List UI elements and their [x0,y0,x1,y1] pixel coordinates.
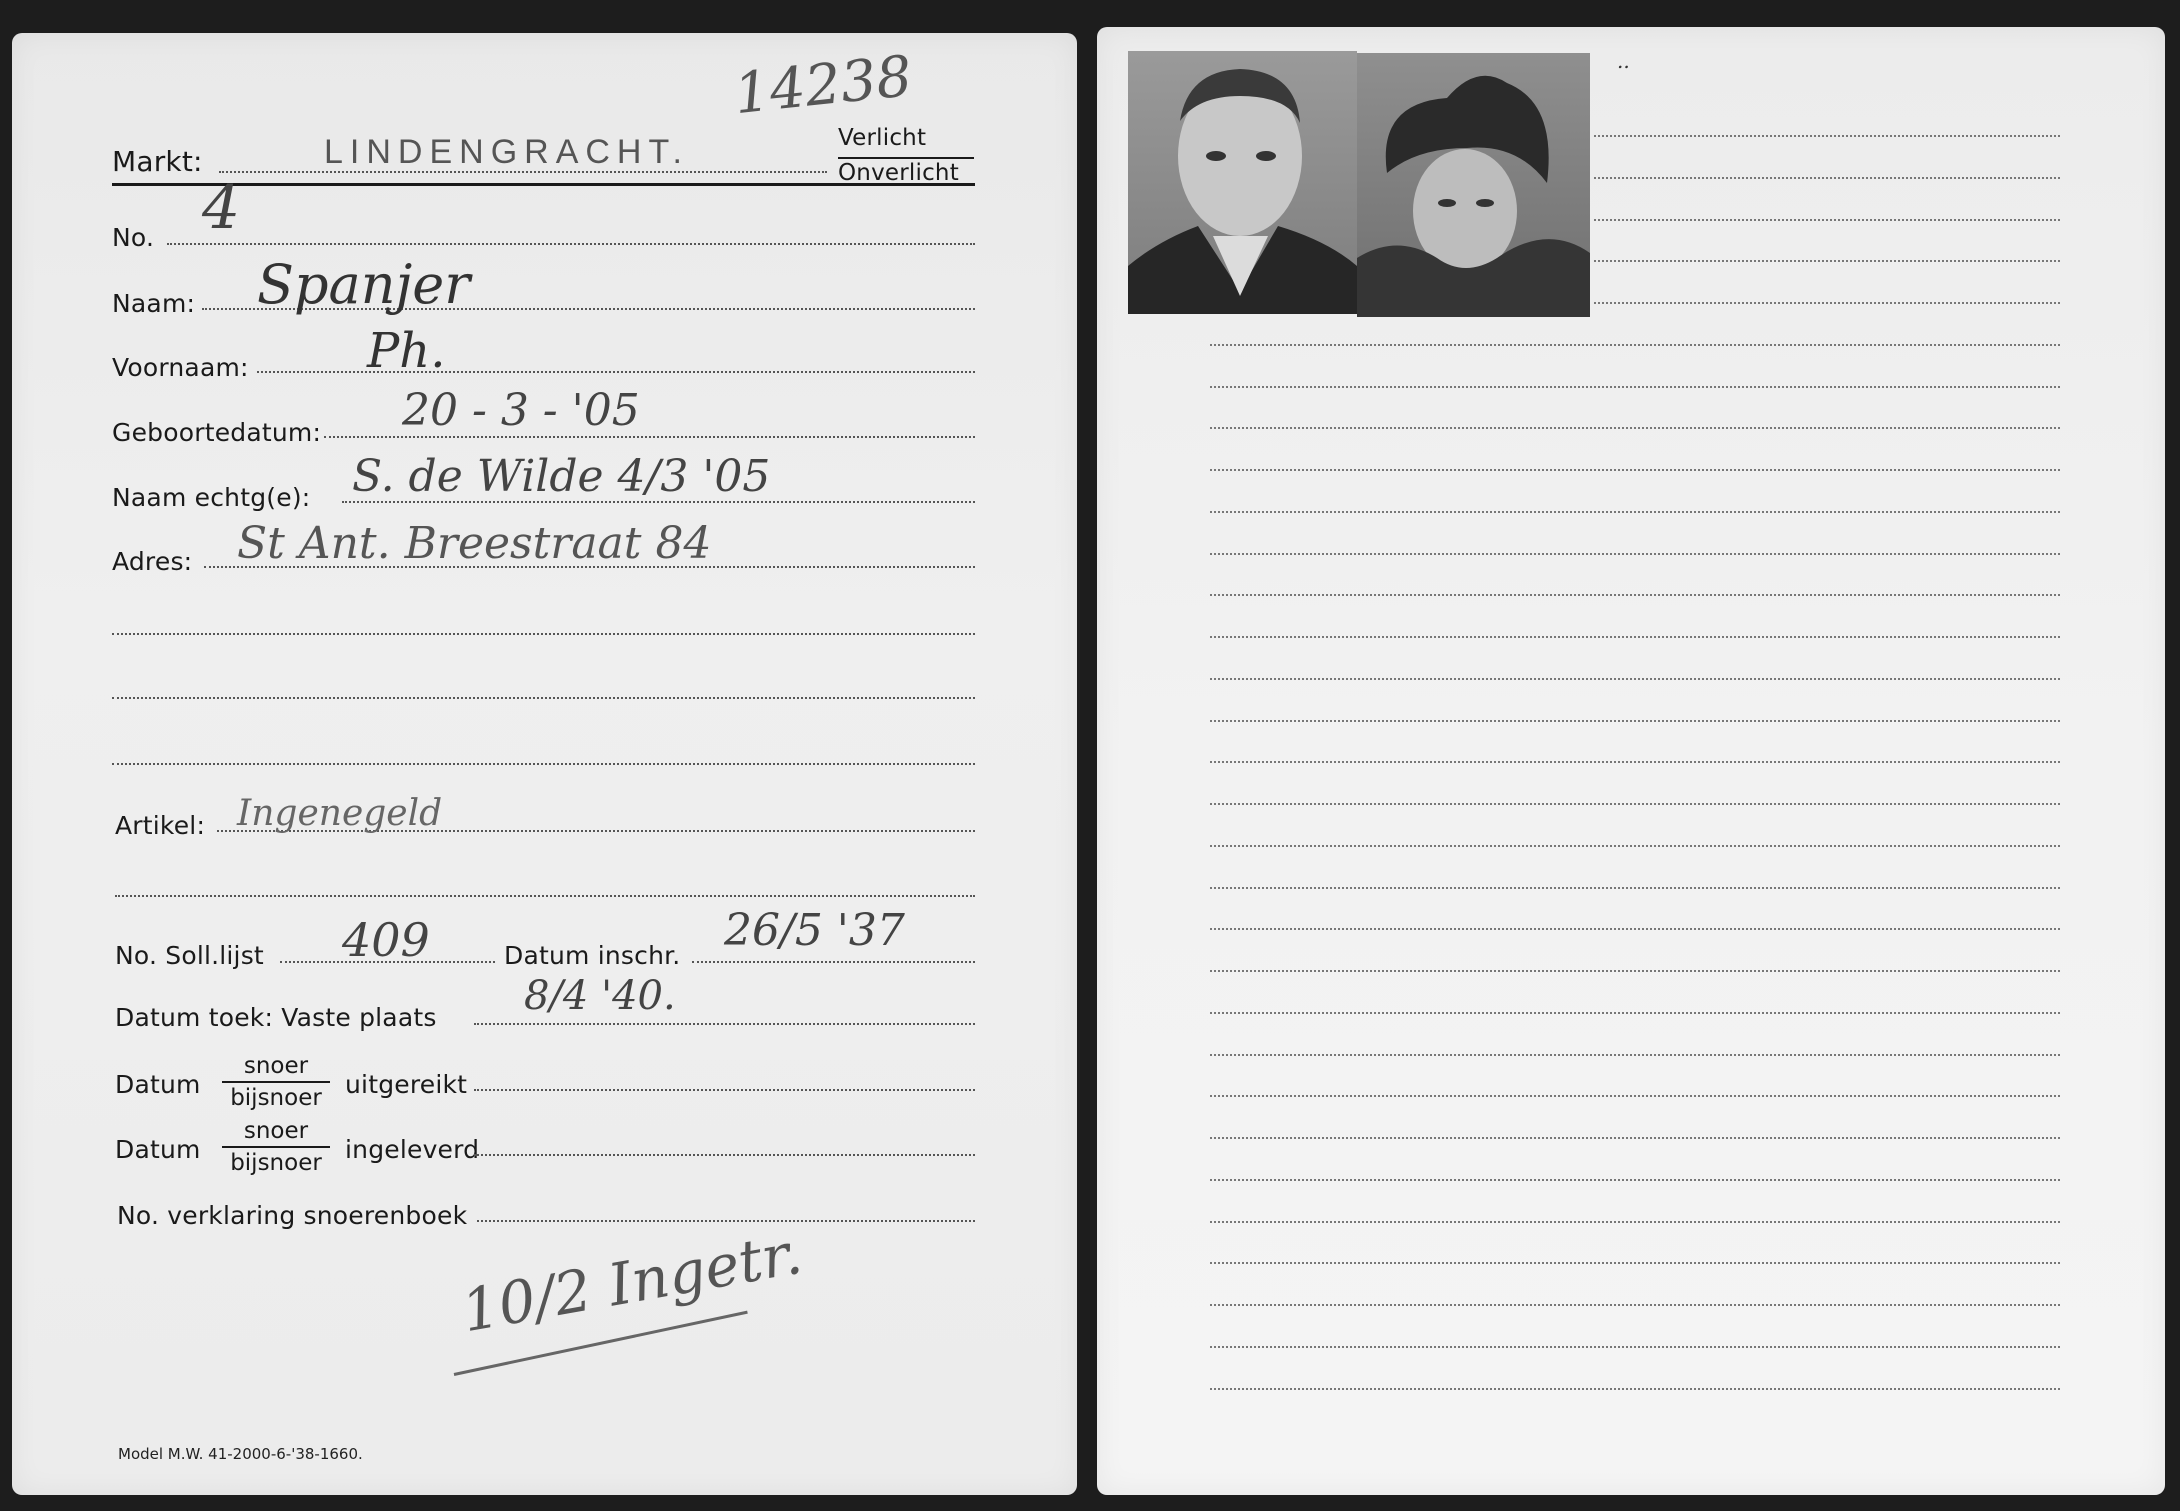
naam-value: Spanjer [257,253,470,316]
man-portrait-icon [1128,51,1357,314]
ruled-line [1594,302,2060,304]
snoer-ingeleverd-line [474,1154,975,1156]
geboortedatum-value: 20 - 3 - '05 [402,385,640,436]
bijsnoer-label: bijsnoer [222,1083,330,1113]
no-line [167,243,975,245]
datum-toek-value: 8/4 '40. [524,973,676,1019]
datum-toek-label: Datum toek: Vaste plaats [115,1003,437,1032]
no-soll-lijst-value: 409 [342,913,430,967]
ruled-line [1210,553,2060,555]
ruled-line [1210,1095,2060,1097]
registration-card-back: .. [1097,27,2165,1495]
verlicht-option: Verlicht [838,125,926,151]
ruled-line [1210,678,2060,680]
naam-echtgenote-label: Naam echtg(e): [112,483,310,512]
lighting-divider [838,157,974,159]
datum-toek-line [474,1023,975,1025]
markt-value: LINDENGRACHT. [324,133,689,172]
snoer-label: snoer [222,1116,330,1148]
markt-label: Markt: [112,145,203,178]
voornaam-value: Ph. [367,323,445,379]
verklaring-line [477,1220,975,1222]
ruled-line [1210,344,2060,346]
ruled-line [1210,594,2060,596]
adres-label: Adres: [112,547,192,576]
voornaam-line [257,371,975,373]
snoer-ingeleverd-fraction: snoer bijsnoer [222,1116,330,1178]
ruled-line [1210,386,2060,388]
man-portrait-photo [1128,51,1357,314]
snoer-ingeleverd-prefix: Datum [115,1135,201,1164]
woman-portrait-photo [1357,53,1590,317]
adres-value: St Ant. Breestraat 84 [237,518,711,569]
bijsnoer-label: bijsnoer [222,1148,330,1178]
no-soll-lijst-label: No. Soll.lijst [115,941,264,970]
ruled-line [1210,511,2060,513]
registration-card-front: 14238 Markt: LINDENGRACHT. Verlicht Onve… [12,33,1077,1495]
ruled-line [1210,720,2060,722]
ruled-line [1210,1137,2060,1139]
datum-inschr-value: 26/5 '37 [724,905,905,956]
handwritten-annotation: 10/2 Ingetr. [457,1219,807,1346]
adres-line-2 [112,633,975,635]
geboortedatum-label: Geboortedatum: [112,418,321,447]
snoer-uitgereikt-suffix: uitgereikt [345,1070,467,1099]
verklaring-label: No. verklaring snoerenboek [117,1201,467,1230]
ruled-line [1210,1179,2060,1181]
header-rule [112,183,975,186]
woman-portrait-icon [1357,53,1590,317]
datum-inschr-label: Datum inschr. [504,941,680,970]
snoer-uitgereikt-line [474,1089,975,1091]
top-mark: .. [1617,49,1630,73]
ruled-line [1210,1304,2060,1306]
ruled-line [1210,1221,2060,1223]
adres-line-3 [112,697,975,699]
artikel-value: Ingenegeld [237,793,442,834]
ruled-line [1594,260,2060,262]
ruled-line [1210,1388,2060,1390]
naam-echtgenote-value: S. de Wilde 4/3 '05 [352,451,770,502]
adres-line-4 [112,763,975,765]
ruled-line [1210,1054,2060,1056]
ruled-line [1594,177,2060,179]
ruled-line [1210,887,2060,889]
ruled-line [1594,135,2060,137]
geboortedatum-line [324,436,975,438]
no-label: No. [112,223,154,252]
model-footer: Model M.W. 41-2000-6-'38-1660. [118,1445,363,1463]
card-number: 14238 [731,44,915,127]
ruled-line [1210,469,2060,471]
ruled-line [1210,1262,2060,1264]
ruled-line [1210,970,2060,972]
ruled-line [1210,803,2060,805]
ruled-line [1210,928,2060,930]
ruled-line [1210,845,2060,847]
datum-inschr-line [692,961,975,963]
ruled-line [1210,427,2060,429]
snoer-uitgereikt-prefix: Datum [115,1070,201,1099]
artikel-label: Artikel: [115,811,205,840]
naam-label: Naam: [112,289,195,318]
artikel-line-2 [115,895,975,897]
ruled-line [1210,1346,2060,1348]
ruled-line [1594,219,2060,221]
ruled-line [1210,636,2060,638]
snoer-ingeleverd-suffix: ingeleverd [345,1135,479,1164]
ruled-line [1210,761,2060,763]
ruled-line [1210,1012,2060,1014]
snoer-uitgereikt-fraction: snoer bijsnoer [222,1051,330,1113]
snoer-label: snoer [222,1051,330,1083]
voornaam-label: Voornaam: [112,353,249,382]
no-value: 4 [202,173,240,243]
